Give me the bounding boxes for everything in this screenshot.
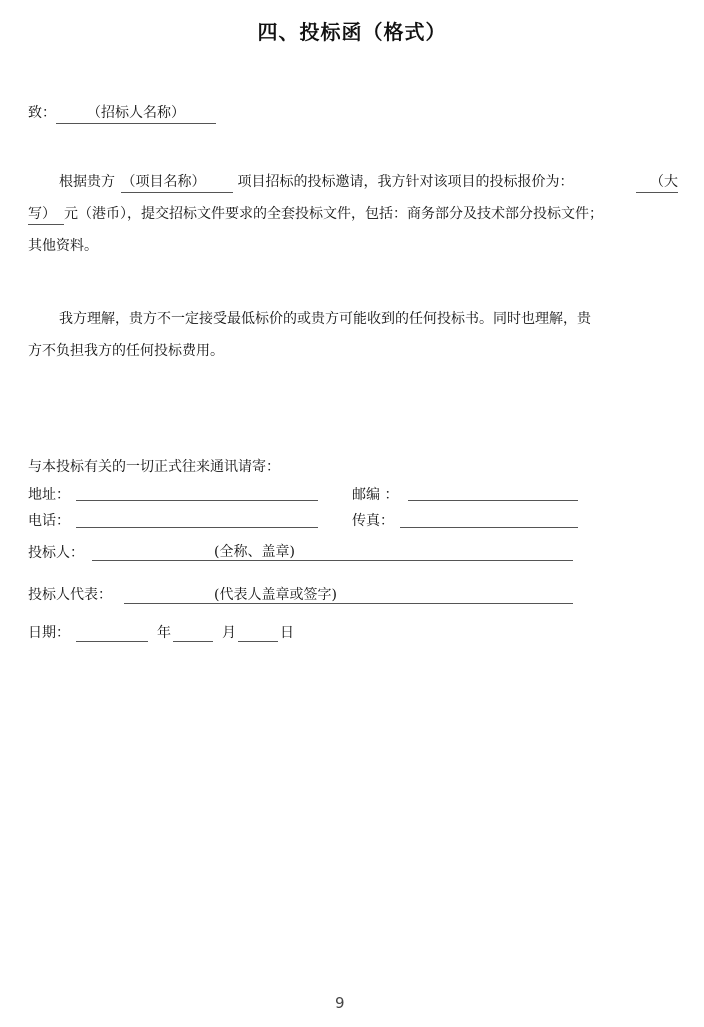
day-label: 日 — [280, 623, 294, 643]
postcode-field[interactable] — [408, 500, 578, 501]
fax-field[interactable] — [400, 527, 578, 528]
paragraph1-line3: 其他资料。 — [28, 236, 98, 256]
date-label: 日期： — [28, 623, 70, 643]
date-day-field[interactable] — [238, 641, 278, 642]
paragraph2-line2: 方不负担我方的任何投标费用。 — [28, 341, 224, 361]
address-field[interactable] — [76, 500, 318, 501]
fax-label: 传真： — [352, 511, 394, 531]
year-label: 年 — [157, 623, 171, 643]
page-number: 9 — [335, 994, 345, 1012]
month-label: 月 — [222, 623, 236, 643]
paragraph1-line2: 写）元（港币），提交招标文件要求的全套投标文件，包括：商务部分及技术部分投标文件… — [28, 204, 603, 225]
phone-field[interactable] — [76, 527, 318, 528]
rep-field[interactable] — [124, 603, 573, 604]
paragraph1-middle: 项目招标的投标邀请，我方针对该项目的投标报价为： — [237, 174, 573, 190]
rep-label: 投标人代表： — [28, 585, 112, 605]
address-label: 地址： — [28, 485, 70, 505]
paragraph1-line2-text: 元（港币），提交招标文件要求的全套投标文件，包括：商务部分及技术部分投标文件； — [64, 206, 603, 222]
page-title: 四、投标函（格式） — [0, 16, 704, 45]
paragraph2-line1: 我方理解，贵方不一定接受最低标价的或贵方可能收到的任何投标书。同时也理解，贵 — [59, 309, 591, 329]
amount-placeholder-1: （大 — [636, 172, 678, 193]
rep-hint: (代表人盖章或签字) — [214, 585, 337, 605]
bidder-field[interactable] — [92, 560, 573, 561]
date-month-field[interactable] — [173, 641, 213, 642]
date-year-field[interactable] — [76, 641, 148, 642]
paragraph1-prefix: 根据贵方 — [59, 174, 115, 190]
postcode-label: 邮编 ： — [352, 485, 398, 505]
bidder-hint: (全称、盖章) — [214, 542, 295, 562]
phone-label: 电话： — [28, 511, 70, 531]
addressee-field[interactable]: （招标人名称） — [56, 103, 216, 124]
addressee-label: 致： — [28, 105, 56, 121]
addressee-line: 致：（招标人名称） — [28, 103, 216, 124]
amount-field-part2[interactable]: 写） — [28, 204, 64, 225]
bidder-label: 投标人： — [28, 543, 84, 563]
paragraph1-line1: 根据贵方 （项目名称）项目招标的投标邀请，我方针对该项目的投标报价为： — [59, 172, 573, 193]
contact-intro: 与本投标有关的一切正式往来通讯请寄： — [28, 457, 280, 477]
amount-field-part1[interactable]: （大 — [636, 172, 678, 193]
project-name-field[interactable]: （项目名称） — [121, 172, 233, 193]
